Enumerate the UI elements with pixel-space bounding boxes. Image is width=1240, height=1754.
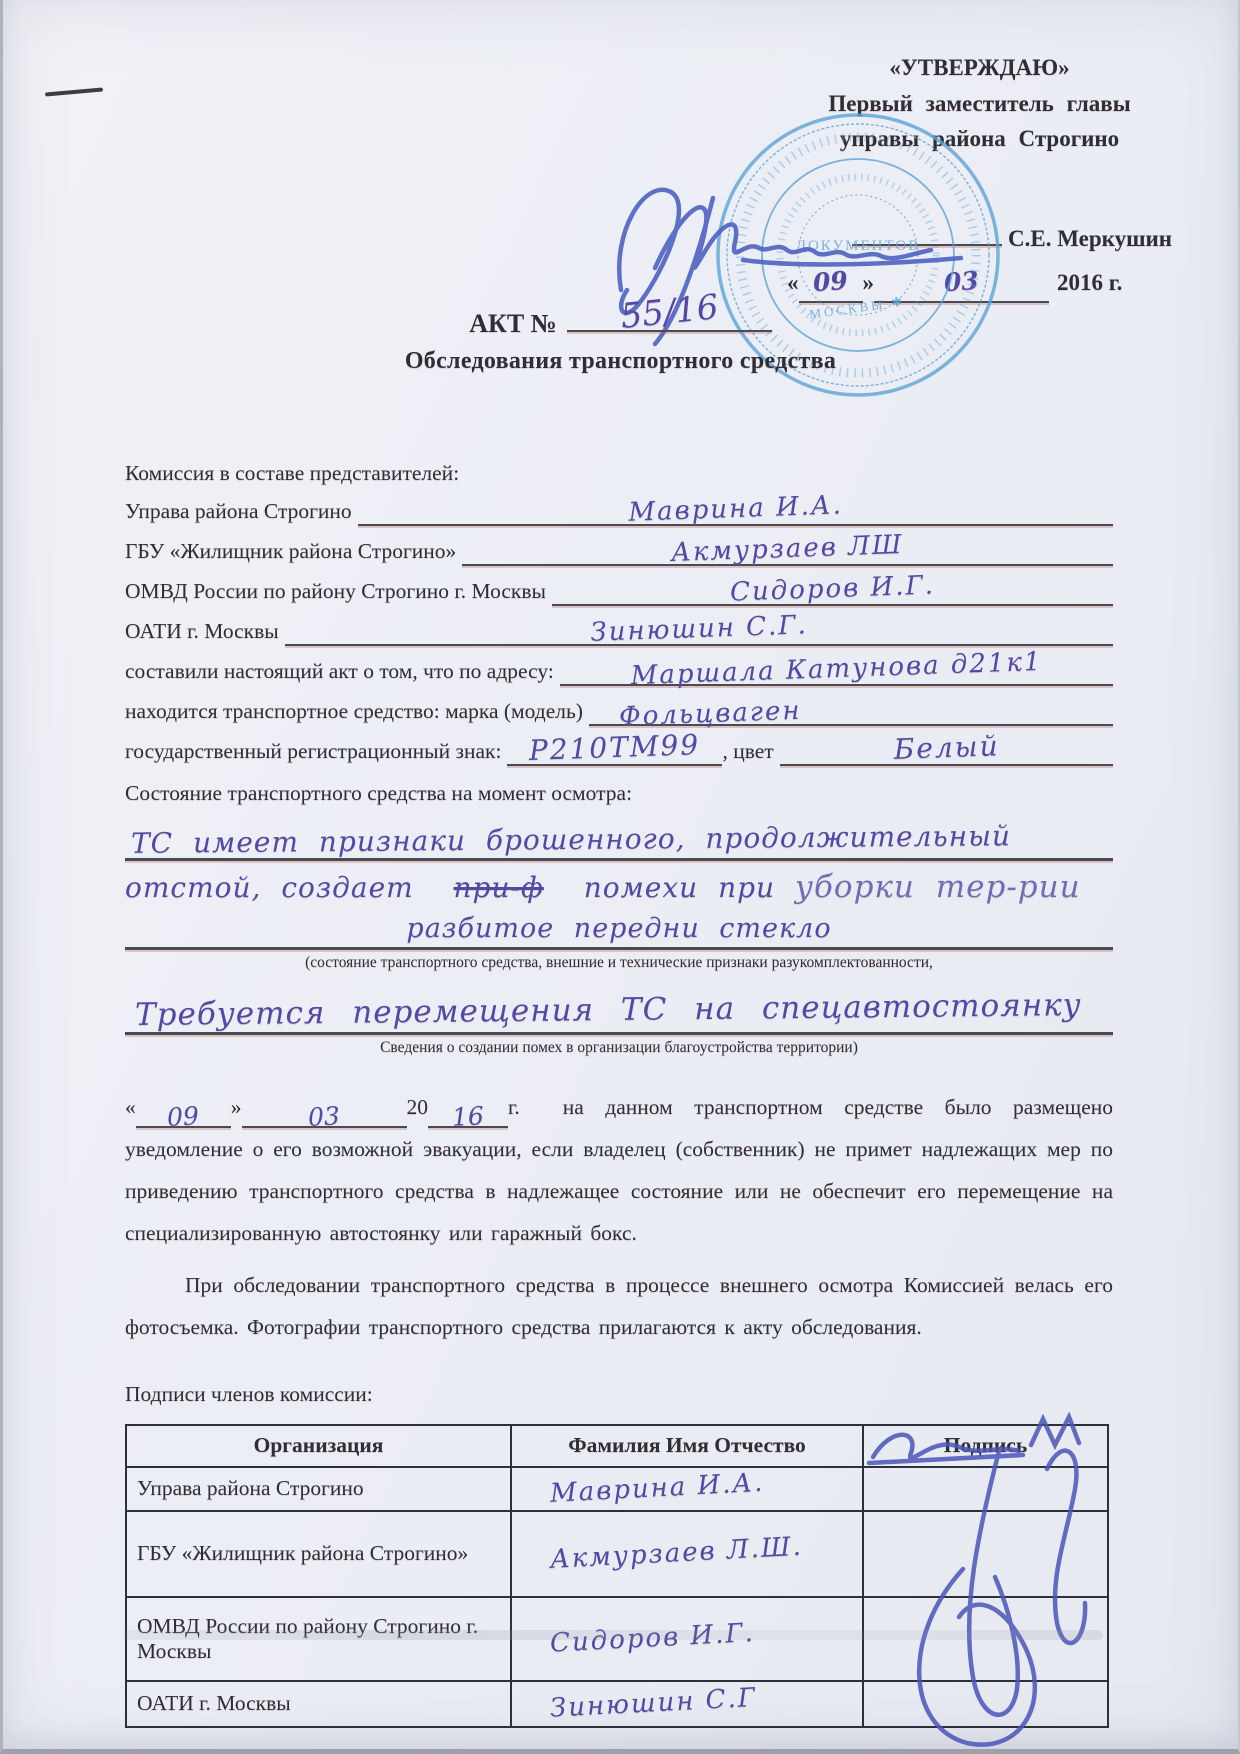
struck-out-word: при-ф [454,871,544,904]
commission-member-row: ОМВД России по району Строгино г. Москвы… [125,566,1113,606]
notice-day-field: 09 [136,1096,231,1128]
notice-day-handwritten: 09 [166,1095,200,1139]
org-cell: ГБУ «Жилищник района Строгино» [126,1511,511,1597]
notice-month-field: 03 [242,1096,407,1128]
approver-role-line1: Первый заместитель главы [787,86,1172,122]
notice-year-suffix: г. [508,1095,520,1119]
signatures-heading: Подписи членов комиссии: [125,1382,1113,1416]
signature-cell [863,1467,1108,1511]
color-field: Белый [780,730,1113,766]
color-handwritten: Белый [779,725,1113,770]
approver-signature-row: С.Е. Меркушин [787,221,1172,257]
approval-block: «УТВЕРЖДАЮ» Первый заместитель главы упр… [787,50,1172,303]
title-block: АКТ №55/16 Обследования транспортного ср… [3,290,1238,375]
approval-word: «УТВЕРЖДАЮ» [787,50,1172,86]
condition-label: Состояние транспортного средства на моме… [125,766,1113,806]
act-number-field: 55/16 [567,290,772,332]
header-organization: Организация [126,1425,511,1467]
model-row: находится транспортное средство: марка (… [125,686,1113,726]
approver-name: С.Е. Меркушин [1008,226,1172,251]
model-label: находится транспортное средство: марка (… [125,699,583,726]
notice-century: 20 [407,1095,429,1119]
notice-quote-close: » [231,1095,242,1119]
condition-line-1: ТС имеет признаки брошенного, продолжите… [125,810,1113,861]
commission-member-row: ГБУ «Жилищник района Строгино» Акмурзаев… [125,526,1113,566]
member-org-label: Управа района Строгино [125,499,352,526]
reg-handwritten: Р210ТМ99 [507,727,723,767]
member-org-label: ОМВД России по району Строгино г. Москвы [125,579,546,606]
scanned-document-page: «УТВЕРЖДАЮ» Первый заместитель главы упр… [0,0,1240,1754]
signature-cell [863,1681,1108,1727]
address-row: составили настоящий акт о том, что по ад… [125,646,1113,686]
condition-handwritten-2: отстой, создает при-ф помехи при уборки … [125,869,1081,905]
document-body: Комиссия в составе представителей: Управ… [125,446,1113,1728]
scan-smudge [123,1630,1103,1640]
signature-cell [863,1511,1108,1597]
org-cell: Управа района Строгино [126,1467,511,1511]
name-handwritten: Маврина И.А. [521,1467,765,1510]
table-row: ОАТИ г. Москвы Зинюшин С.Г [126,1681,1108,1727]
org-cell: ОАТИ г. Москвы [126,1681,511,1727]
act-number-handwritten: 55/16 [565,281,773,342]
table-header-row: Организация Фамилия Имя Отчество Подпись [126,1425,1108,1467]
model-field: Фольцваген [589,690,1113,726]
name-handwritten: Зинюшин С.Г [521,1683,757,1725]
header-full-name: Фамилия Имя Отчество [511,1425,863,1467]
address-label: составили настоящий акт о том, что по ад… [125,659,554,686]
commission-intro: Комиссия в составе представителей: [125,446,1113,486]
color-label: , цвет [722,739,773,766]
name-cell: Маврина И.А. [511,1467,863,1511]
commission-member-row: ОАТИ г. Москвы Зинюшин С.Г. [125,606,1113,646]
condition-handwritten-3: разбитое передни стекло [406,913,831,944]
approver-role-line2: управы района Строгино [787,121,1172,157]
member-name-field: Маврина И.А. [358,490,1113,526]
notice-year-field: 16 [428,1096,508,1128]
name-handwritten: Акмурзаев Л.Ш. [521,1531,803,1576]
name-cell: Акмурзаев Л.Ш. [511,1511,863,1597]
member-name-field: Зинюшин С.Г. [285,610,1113,646]
reg-label: государственный регистрационный знак: [125,739,501,766]
condition-line-2: отстой, создает при-ф помехи при уборки … [125,865,1113,909]
member-name-field: Акмурзаев ЛШ [462,530,1113,566]
model-handwritten: Фольцваген [589,685,1114,733]
condition-handwritten-1: ТС имеет признаки брошенного, продолжите… [131,819,1011,860]
member-org-label: ГБУ «Жилищник района Строгино» [125,539,456,566]
name-cell: Зинюшин С.Г [511,1681,863,1727]
document-subtitle: Обследования транспортного средства [3,348,1238,375]
notice-year-handwritten: 16 [451,1095,485,1139]
notice-quote-open: « [125,1095,136,1119]
commission-member-row: Управа района Строгино Маврина И.А. [125,486,1113,526]
condition-caption-1: (состояние транспортного средства, внешн… [125,953,1113,972]
header-signature: Подпись [863,1425,1108,1467]
pen-dash-mark [45,87,103,96]
condition-handwritten-4: Требуется перемещения ТС на спецавтостоя… [135,987,1082,1033]
evacuation-notice-paragraph: «09»032016г. на данном транспортном сред… [125,1086,1113,1254]
act-number-line: АКТ №55/16 [3,290,1238,339]
registration-row: государственный регистрационный знак: Р2… [125,726,1113,766]
notice-month-handwritten: 03 [307,1095,341,1139]
photo-paragraph: При обследовании транспортного средства … [125,1264,1113,1348]
address-field: Маршала Катунова д21к1 [560,650,1113,686]
condition-caption-2: Сведения о создании помех в организации … [125,1038,1113,1057]
condition-line-3: разбитое передни стекло [125,913,1113,950]
member-name-field: Сидоров И.Г. [552,570,1113,606]
approver-signature-line [852,244,1002,246]
table-row: ГБУ «Жилищник района Строгино» Акмурзаев… [126,1511,1108,1597]
reg-field: Р210ТМ99 [507,730,722,766]
signatures-table: Организация Фамилия Имя Отчество Подпись… [125,1424,1109,1728]
act-label: АКТ № [469,309,557,338]
condition-line-4: Требуется перемещения ТС на спецавтостоя… [125,982,1113,1035]
member-org-label: ОАТИ г. Москвы [125,619,279,646]
table-row: Управа района Строгино Маврина И.А. [126,1467,1108,1511]
